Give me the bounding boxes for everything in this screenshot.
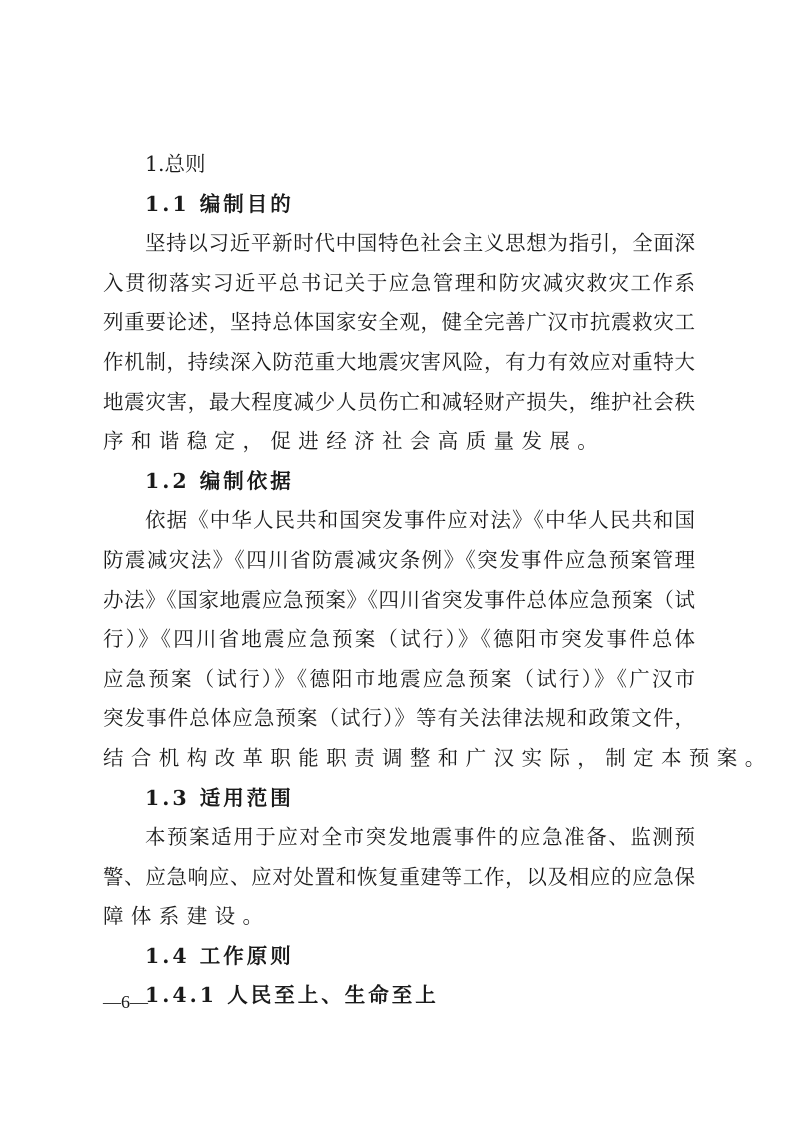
heading-1-2: 1.2 编制依据 [103, 462, 695, 502]
heading-1-4: 1.4 工作原则 [103, 937, 695, 977]
paragraph-line: 障体系建设。 [103, 897, 695, 937]
document-page: 1.总则 1.1 编制目的 坚持以习近平新时代中国特色社会主义思想为指引，全面深… [0, 0, 793, 1122]
paragraph-line: 办法》《国家地震应急预案》《四川省突发事件总体应急预案（试 [103, 581, 695, 621]
paragraph-line: 坚持以习近平新时代中国特色社会主义思想为指引，全面深 [103, 224, 695, 264]
paragraph-line: 应急预案（试行）》《德阳市地震应急预案（试行）》《广汉市 [103, 660, 695, 700]
paragraph-line: 防震减灾法》《四川省防震减灾条例》《突发事件应急预案管理 [103, 541, 695, 581]
heading-1-1: 1.1 编制目的 [103, 185, 695, 225]
heading-1-4-1: 1.4.1 人民至上、生命至上 [103, 976, 695, 1016]
paragraph-line: 入贯彻落实习近平总书记关于应急管理和防灾减灾救灾工作系 [103, 264, 695, 304]
paragraph-line: 地震灾害，最大程度减少人员伤亡和减轻财产损失，维护社会秩 [103, 383, 695, 423]
page-content: 1.总则 1.1 编制目的 坚持以习近平新时代中国特色社会主义思想为指引，全面深… [103, 145, 695, 1016]
paragraph-line: 列重要论述，坚持总体国家安全观，健全完善广汉市抗震救灾工 [103, 303, 695, 343]
paragraph-line: 行）》《四川省地震应急预案（试行）》《德阳市突发事件总体 [103, 620, 695, 660]
heading-1-3: 1.3 适用范围 [103, 779, 695, 819]
paragraph-line: 突发事件总体应急预案（试行）》等有关法律法规和政策文件， [103, 699, 695, 739]
paragraph-line: 结合机构改革职能职责调整和广汉实际，制定本预案。 [103, 739, 695, 779]
paragraph-line: 序和谐稳定，促进经济社会高质量发展。 [103, 422, 695, 462]
section-title: 1.总则 [103, 145, 695, 185]
paragraph-line: 警、应急响应、应对处置和恢复重建等工作，以及相应的应急保 [103, 858, 695, 898]
paragraph-line: 本预案适用于应对全市突发地震事件的应急准备、监测预 [103, 818, 695, 858]
paragraph-line: 作机制，持续深入防范重大地震灾害风险，有力有效应对重特大 [103, 343, 695, 383]
paragraph-line: 依据《中华人民共和国突发事件应对法》《中华人民共和国 [103, 501, 695, 541]
page-number: —6— [103, 990, 148, 1014]
